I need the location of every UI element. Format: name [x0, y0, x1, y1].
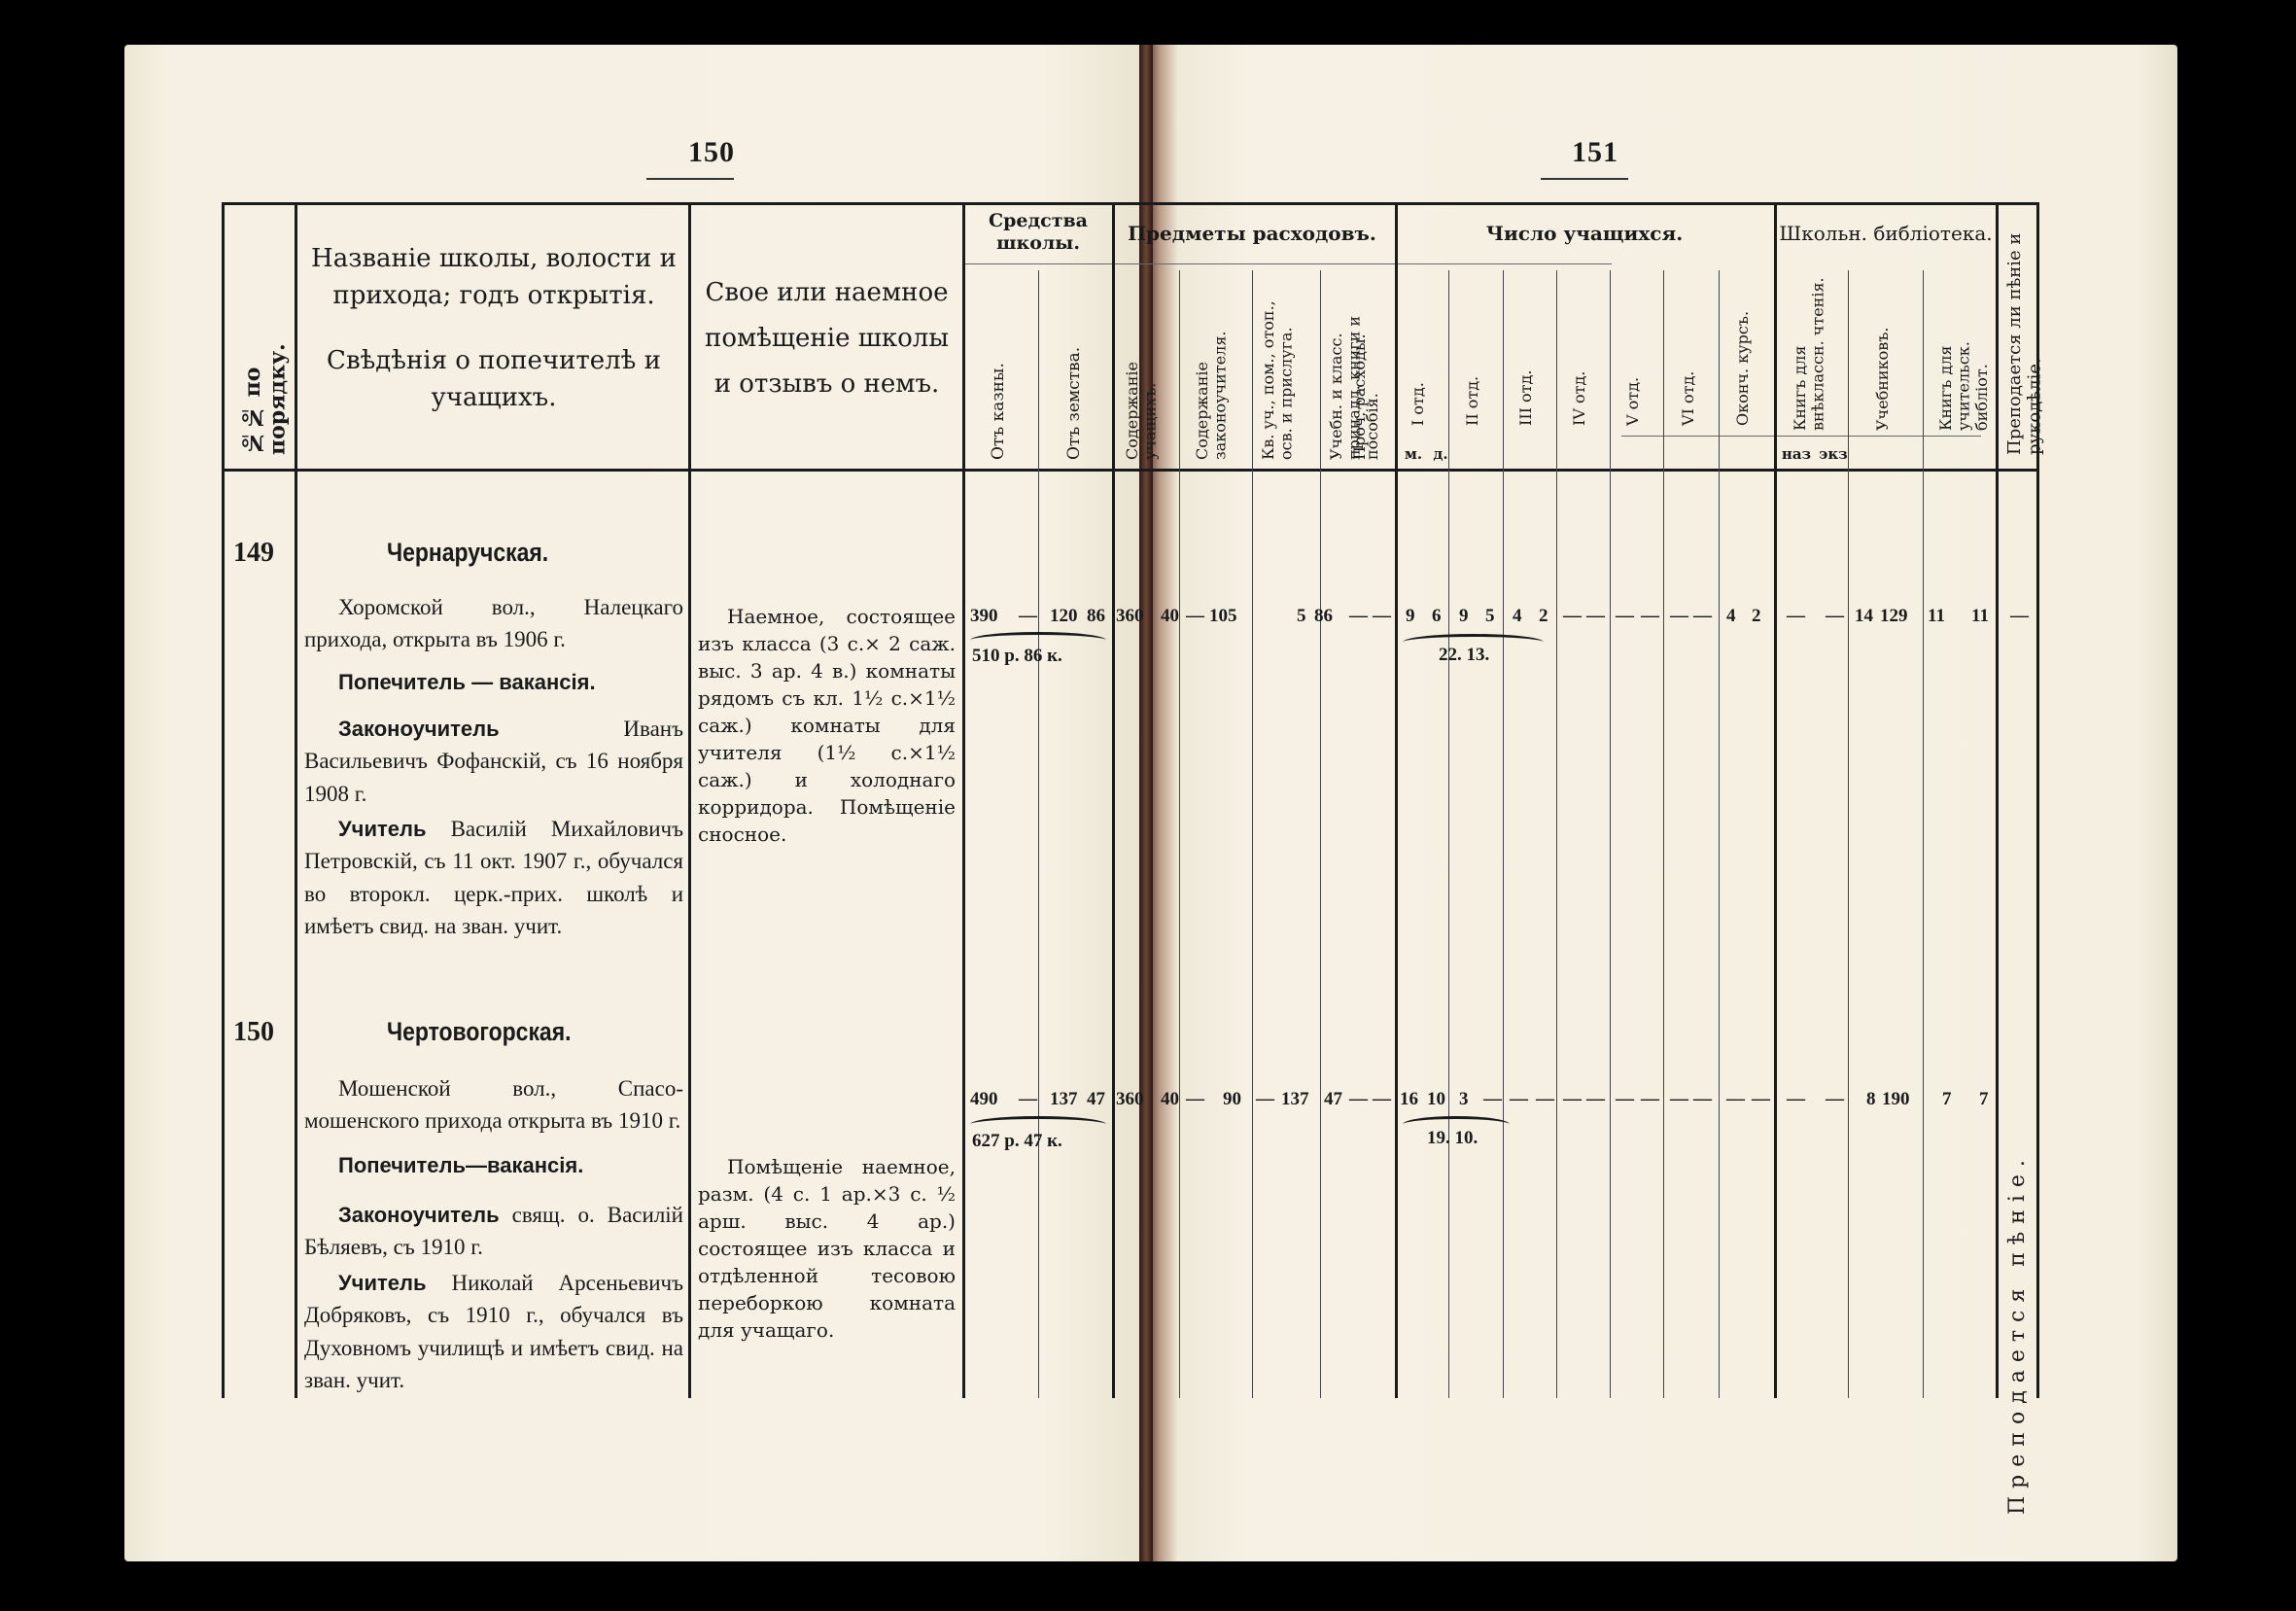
students-6-m: — — [1670, 606, 1688, 627]
header-students-2: II отд. — [1464, 329, 1481, 426]
students-1-m: 9 — [1406, 606, 1415, 627]
exp-other-k: — — [1373, 606, 1391, 627]
lib-teachers-naz: 11 — [1928, 606, 1945, 627]
exp-supplies: 137 — [1281, 1089, 1309, 1110]
header-funds-treasury: Отъ казны. — [990, 299, 1009, 460]
school-location: Мошенской вол., Спасо-мошенского прихода… — [304, 1072, 683, 1138]
col-divider-expenses — [1395, 202, 1398, 1398]
lib-textbooks-ekz: 190 — [1882, 1089, 1910, 1110]
lib-extra-naz: — — [1787, 1089, 1805, 1110]
header-students-5: V отд. — [1624, 329, 1642, 426]
students-4-d: — — [1586, 606, 1605, 627]
header-students-3: III отд. — [1517, 329, 1535, 426]
exp-priest-k: — — [1186, 1089, 1204, 1110]
header-school-name: Названіе школы, волости и прихода; годъ … — [304, 241, 683, 314]
students-4-m: — — [1563, 606, 1582, 627]
lib-textbooks-naz: 14 — [1855, 606, 1873, 627]
col-divider-library — [1996, 202, 1999, 1398]
exp-housing: 105 — [1209, 606, 1237, 627]
funds-treasury: 390 — [970, 606, 998, 627]
students-2-m: 9 — [1459, 606, 1469, 627]
students-6-m: — — [1670, 1089, 1688, 1110]
students-grad-m: 4 — [1726, 606, 1736, 627]
table-top-rule — [222, 202, 2039, 205]
header-singing: Преподается ли пѣніе и рукодѣліе. — [2005, 231, 2035, 455]
page-number-right: 151 — [1572, 136, 1618, 169]
header-students-6: VI отд. — [1680, 329, 1697, 426]
students-3-d: — — [1536, 1089, 1554, 1110]
students-5-d: — — [1641, 606, 1659, 627]
col-divider-students — [1774, 202, 1777, 1398]
singing-value: — — [2010, 606, 2029, 627]
header-students-4: IV отд. — [1571, 329, 1588, 426]
school-register-table: №№ по порядку. Названіе школы, волости и… — [222, 202, 2039, 1398]
students-grad-d: — — [1752, 1089, 1770, 1110]
funds-total: 627 р. 47 к. — [972, 1131, 1062, 1152]
students-3-m: 4 — [1513, 606, 1522, 627]
exp-priest: 40 — [1161, 1089, 1179, 1110]
students-sub-rule — [1621, 436, 1981, 437]
header-lib-teachers: Книгъ для учительск. библіот. — [1937, 275, 1984, 431]
thin-rule — [1663, 270, 1664, 1398]
exp-supplies: 5 — [1297, 606, 1306, 627]
sub-m: м. — [1400, 445, 1427, 463]
header-lib-textbooks: Учебниковъ. — [1874, 275, 1892, 431]
students-6-d: — — [1693, 1089, 1712, 1110]
lib-extra-ekz: — — [1826, 1089, 1844, 1110]
lib-teachers-ekz: 11 — [1971, 606, 1989, 627]
row-number: 149 — [233, 538, 274, 569]
page-number-rule-left — [646, 178, 734, 180]
col-divider-name — [688, 202, 691, 1398]
row-number: 150 — [233, 1017, 274, 1048]
sub-ekz: экз — [1816, 445, 1851, 463]
thin-rule — [1556, 270, 1557, 1398]
students-grad-d: 2 — [1752, 606, 1761, 627]
funds-treasury: 490 — [970, 1089, 998, 1110]
header-exp-teachers: Содержаніе учащихъ. — [1124, 290, 1160, 460]
school-name: Чернаручская. — [387, 538, 548, 568]
lib-teachers-naz: 7 — [1942, 1089, 1952, 1110]
students-4-d: — — [1586, 1089, 1605, 1110]
page-number-left: 150 — [688, 136, 735, 169]
students-5-m: — — [1616, 1089, 1634, 1110]
priest-label: Законоучитель — [338, 717, 500, 741]
lib-textbooks-naz: 8 — [1866, 1089, 1876, 1110]
col-divider-funds — [1112, 202, 1115, 1398]
funds-zemstvo-k: 86 — [1087, 606, 1105, 627]
funds-zemstvo-k: 47 — [1087, 1089, 1105, 1110]
group-header-rule — [965, 263, 1612, 264]
teacher-label: Учитель — [338, 817, 427, 841]
singing-note: Преподается пѣніе. — [2005, 931, 2030, 1515]
exp-housing: 90 — [1223, 1089, 1241, 1110]
students-6-d: — — [1693, 606, 1712, 627]
exp-supplies-k: 47 — [1324, 1089, 1342, 1110]
header-exp-other: Проч. расходы. — [1351, 290, 1369, 460]
premises-description: Наемное, состоящее изъ класса (3 с.× 2 с… — [698, 603, 956, 848]
premises-description: Помѣщеніе наемное, разм. (4 с. 1 ар.×3 с… — [698, 1153, 956, 1344]
exp-other: — — [1349, 1089, 1368, 1110]
exp-priest-k: — — [1186, 606, 1204, 627]
header-number: №№ по порядку. — [241, 251, 291, 455]
funds-total: 510 р. 86 к. — [972, 646, 1062, 667]
exp-priest: 40 — [1161, 606, 1179, 627]
col-divider-premises — [962, 202, 965, 1398]
thin-rule — [1179, 270, 1180, 1398]
exp-teachers: 360 — [1116, 606, 1144, 627]
table-left-border — [222, 202, 225, 1398]
sub-naz: наз — [1779, 445, 1814, 463]
students-5-m: — — [1616, 606, 1634, 627]
exp-other-k: — — [1373, 1089, 1391, 1110]
funds-zemstvo: 137 — [1050, 1089, 1078, 1110]
students-total: 19. 10. — [1427, 1128, 1478, 1149]
header-exp-priest: Содержаніе законоучителя. — [1194, 290, 1242, 460]
teacher-info: Учитель Василій Михайловичъ Петровскій, … — [304, 813, 683, 942]
thin-rule — [1503, 270, 1504, 1398]
funds-zemstvo: 120 — [1050, 606, 1078, 627]
lib-textbooks-ekz: 129 — [1880, 606, 1908, 627]
lib-extra-ekz: — — [1826, 606, 1844, 627]
header-bottom-rule — [222, 469, 2039, 472]
header-funds-zemstvo: Отъ земства. — [1065, 299, 1085, 460]
teacher-label: Учитель — [338, 1271, 427, 1295]
thin-rule — [1448, 270, 1449, 1398]
header-exp-housing: Кв. уч., пом., отоп., осв. и прислуга. — [1260, 290, 1313, 460]
thin-rule — [1923, 270, 1924, 1398]
sub-d: д. — [1427, 445, 1454, 463]
exp-housing-k: — — [1256, 1089, 1274, 1110]
header-trustee-info: Свѣдѣнія о попечителѣ и учащихъ. — [304, 343, 683, 416]
thin-rule — [1038, 270, 1039, 1398]
thin-rule — [1320, 270, 1321, 1398]
school-name: Чертовогорская. — [387, 1017, 571, 1047]
lib-extra-naz: — — [1787, 606, 1805, 627]
students-1-d: 10 — [1427, 1089, 1445, 1110]
trustee: Попечитель — вакансія. — [338, 667, 683, 698]
students-2-m: 3 — [1459, 1089, 1469, 1110]
header-students-1: I отд. — [1409, 329, 1427, 426]
students-3-m: — — [1510, 1089, 1528, 1110]
header-lib-extracurricular: Книгъ для внѣкласcн. чтенія. — [1792, 275, 1838, 431]
teacher-info: Учитель Николай Арсеньевичъ Добряковъ, с… — [304, 1267, 683, 1396]
thin-rule — [1610, 270, 1611, 1398]
school-location: Хоромской вол., Налецкаго прихода, откры… — [304, 591, 683, 656]
header-premises: Свое или наемное помѣщеніе школы и отзыв… — [698, 270, 956, 406]
students-2-d: — — [1483, 1089, 1502, 1110]
page-number-rule-right — [1541, 178, 1628, 180]
thin-rule — [1252, 270, 1253, 1398]
header-students-graduated: Оконч. курсъ. — [1734, 290, 1752, 426]
students-4-m: — — [1563, 1089, 1582, 1110]
funds-treasury-k: — — [1019, 1089, 1037, 1110]
students-total: 22. 13. — [1439, 645, 1489, 666]
trustee: Попечитель—вакансія. — [338, 1150, 683, 1181]
students-5-d: — — [1641, 1089, 1659, 1110]
priest-label: Законоучитель — [338, 1203, 500, 1227]
exp-supplies-k: 86 — [1314, 606, 1333, 627]
funds-treasury-k: — — [1019, 606, 1037, 627]
thin-rule — [1848, 270, 1849, 1398]
priest-info: Законоучитель свящ. о. Василій Бѣляевъ, … — [304, 1199, 683, 1264]
students-2-d: 5 — [1485, 606, 1495, 627]
students-3-d: 2 — [1539, 606, 1548, 627]
header-funds: Средства школы. — [970, 210, 1106, 255]
col-divider-number — [295, 202, 297, 1398]
students-1-m: 16 — [1400, 1089, 1418, 1110]
exp-teachers: 360 — [1116, 1089, 1144, 1110]
lib-teachers-ekz: 7 — [1979, 1089, 1989, 1110]
header-students: Число учащихся. — [1400, 220, 1769, 248]
thin-rule — [1719, 270, 1720, 1398]
header-library: Школьн. библіотека. — [1779, 220, 1993, 248]
students-grad-m: — — [1726, 1089, 1745, 1110]
exp-other: — — [1349, 606, 1368, 627]
students-1-d: 6 — [1432, 606, 1442, 627]
priest-info: Законоучитель Иванъ Васильевичъ Фофанскі… — [304, 713, 683, 810]
header-expenses: Предметы расходовъ. — [1116, 220, 1388, 248]
